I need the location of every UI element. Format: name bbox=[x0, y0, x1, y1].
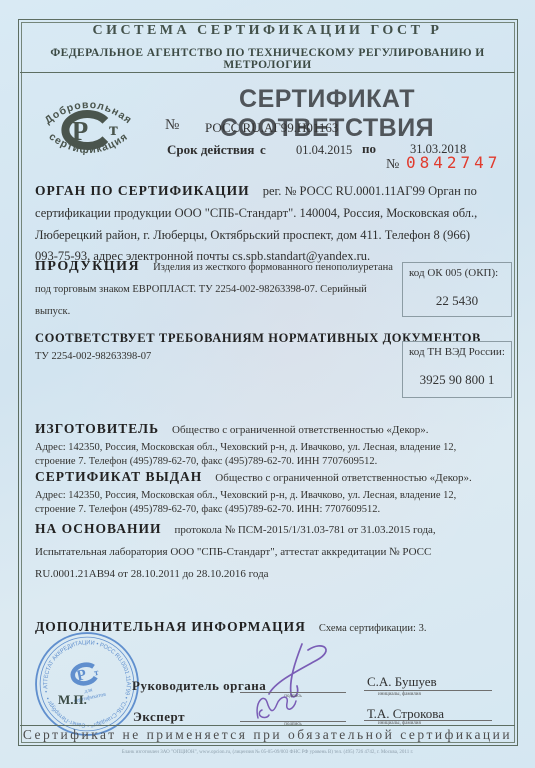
section-title: ОРГАН ПО СЕРТИФИКАЦИИ bbox=[35, 183, 250, 198]
tnved-code-label: код ТН ВЭД России: bbox=[409, 346, 505, 358]
cert-number: РОСС RU.АГ99.Н01163 bbox=[205, 120, 338, 136]
okp-code-value: 22 5430 bbox=[409, 293, 505, 309]
section-text: Схема сертификации: 3. bbox=[319, 623, 427, 634]
mp-seal-label: М.П. bbox=[58, 692, 87, 708]
validity-label: Срок действия bbox=[167, 142, 254, 158]
header-system-title: СИСТЕМА СЕРТИФИКАЦИИ ГОСТ Р bbox=[20, 23, 515, 39]
tnved-code-value: 3925 90 800 1 bbox=[409, 372, 505, 388]
footer-note: Сертификат не применяется при обязательн… bbox=[20, 727, 515, 743]
expert-role-label: Эксперт bbox=[133, 709, 185, 725]
blank-number: 0842747 bbox=[406, 153, 501, 172]
section-text: Адрес: 142350, Россия, Московская обл., … bbox=[35, 489, 491, 518]
stamp-letter-t: т bbox=[93, 667, 100, 678]
logo-letter-p: Р bbox=[72, 116, 89, 146]
rst-voluntary-certification-logo: Добровольная Р т сертификация bbox=[40, 84, 137, 178]
section-certificate-issued-to: СЕРТИФИКАТ ВЫДАНОбщество с ограниченной … bbox=[35, 466, 491, 518]
section-lead: Общество с ограниченной ответственностью… bbox=[215, 472, 471, 484]
section-title: СЕРТИФИКАТ ВЫДАН bbox=[35, 469, 202, 484]
section-lead: Общество с ограниченной ответственностью… bbox=[172, 424, 428, 436]
cert-number-sign: № bbox=[165, 117, 179, 134]
validity-from-date: 01.04.2015 bbox=[296, 143, 352, 158]
section-product: ПРОДУКЦИЯИзделия из жесткого формованног… bbox=[35, 255, 395, 320]
validity-from-label: с bbox=[260, 142, 266, 158]
certification-stamp: • АТТЕСТАТ АККРЕДИТАЦИИ • РОСС RU.0001.1… bbox=[34, 631, 140, 737]
head-name-caption: инициалы, фамилия bbox=[364, 692, 506, 697]
head-name: С.А. Бушуев bbox=[367, 674, 437, 690]
certificate-page: СИСТЕМА СЕРТИФИКАЦИИ ГОСТ Р ФЕДЕРАЛЬНОЕ … bbox=[0, 0, 535, 768]
blank-print-info: Бланк изготовлен ЗАО "ОПЦИОН", www.opcio… bbox=[0, 750, 535, 755]
tnved-code-box: код ТН ВЭД России: 3925 90 800 1 bbox=[402, 341, 512, 398]
section-title: ИЗГОТОВИТЕЛЬ bbox=[35, 421, 159, 436]
okp-code-box: код ОК 005 (ОКП): 22 5430 bbox=[402, 262, 512, 317]
section-title: ПРОДУКЦИЯ bbox=[35, 259, 140, 274]
header-divider bbox=[20, 72, 515, 73]
expert-signature bbox=[248, 688, 308, 724]
blank-number-sign: № bbox=[386, 157, 399, 173]
head-name-line bbox=[364, 690, 492, 691]
okp-code-label: код ОК 005 (ОКП): bbox=[409, 267, 505, 279]
section-basis: НА ОСНОВАНИИпротокола № ПСМ-2015/1/31.03… bbox=[35, 518, 491, 583]
header-agency-title: ФЕДЕРАЛЬНОЕ АГЕНТСТВО ПО ТЕХНИЧЕСКОМУ РЕ… bbox=[20, 47, 515, 71]
validity-to-label: по bbox=[362, 141, 376, 157]
footer-divider bbox=[20, 725, 515, 726]
section-manufacturer: ИЗГОТОВИТЕЛЬОбщество с ограниченной отве… bbox=[35, 418, 491, 470]
section-title: НА ОСНОВАНИИ bbox=[35, 521, 161, 536]
section-certification-body: ОРГАН ПО СЕРТИФИКАЦИИрег. № РОСС RU.0001… bbox=[35, 180, 491, 267]
